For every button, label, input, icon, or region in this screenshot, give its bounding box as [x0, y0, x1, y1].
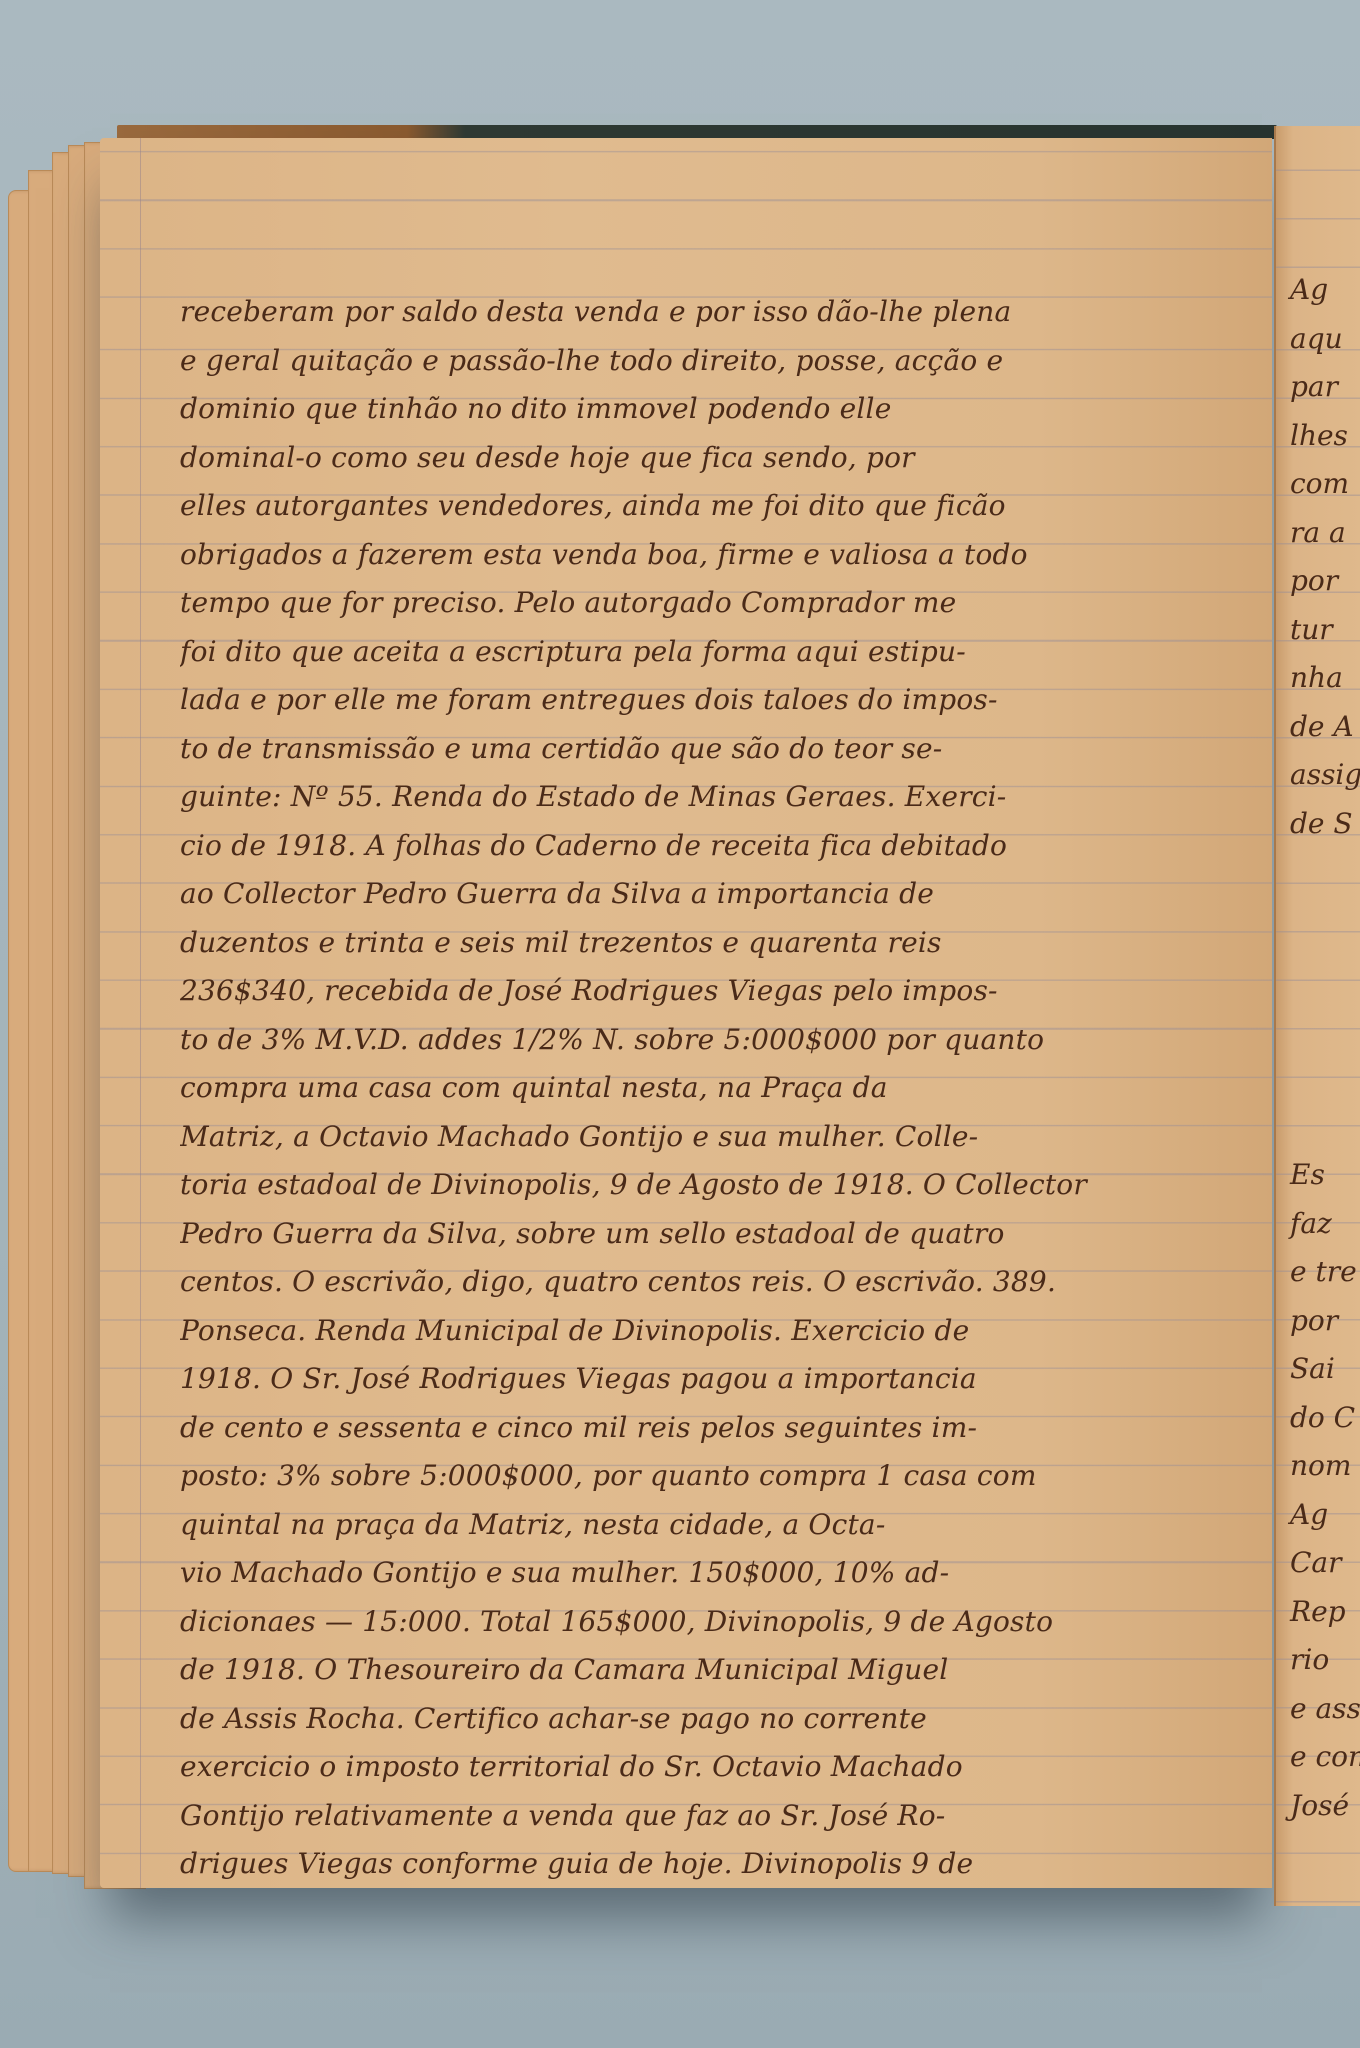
text-line: Pedro Guerra da Silva, sobre um sello es… — [180, 1210, 1240, 1259]
right-page-text-bottom: Es faz e tre por Sai do C nom Ag Car Rep… — [1276, 1151, 1360, 1830]
right-page-text-top: Ag aqu par lhes com ra a por tur nha de … — [1276, 266, 1360, 848]
text-line: posto: 3% sobre 5:000$000, por quanto co… — [180, 1452, 1240, 1501]
text-line: foi dito que aceita a escriptura pela fo… — [180, 628, 1240, 677]
text-line: com — [1276, 460, 1360, 509]
text-line: faz — [1276, 1200, 1360, 1249]
text-line: Es — [1276, 1151, 1360, 1200]
text-line: 1918. O Sr. José Rodrigues Viegas pagou … — [180, 1355, 1240, 1404]
text-line: de A — [1276, 703, 1360, 752]
text-line: do C — [1276, 1394, 1360, 1443]
text-line: par — [1276, 363, 1360, 412]
text-line: lada e por elle me foram entregues dois … — [180, 676, 1240, 725]
text-line: por — [1276, 1297, 1360, 1346]
text-line: duzentos e trinta e seis mil trezentos e… — [180, 919, 1240, 968]
text-line: Sai — [1276, 1345, 1360, 1394]
text-line: nha — [1276, 654, 1360, 703]
text-line: por — [1276, 557, 1360, 606]
text-line: to de transmissão e uma certidão que são… — [180, 725, 1240, 774]
book-cover-edge — [117, 125, 1277, 139]
ledger-book: receberam por saldo desta venda e por is… — [0, 0, 1360, 2048]
text-line: compra uma casa com quintal nesta, na Pr… — [180, 1064, 1240, 1113]
text-line: e ass — [1276, 1685, 1360, 1734]
text-line: Ag — [1276, 1491, 1360, 1540]
text-line: tempo que for preciso. Pelo autorgado Co… — [180, 579, 1240, 628]
text-line: de Assis Rocha. Certifico achar-se pago … — [180, 1695, 1240, 1744]
text-line: e geral quitação e passão-lhe todo direi… — [180, 337, 1240, 386]
text-line: assig — [1276, 751, 1360, 800]
text-line: dominio que tinhão no dito immovel poden… — [180, 385, 1240, 434]
text-line: Ponseca. Renda Municipal de Divinopolis.… — [180, 1307, 1240, 1356]
text-line: elles autorgantes vendedores, ainda me f… — [180, 482, 1240, 531]
text-line: dominal-o como seu desde hoje que fica s… — [180, 434, 1240, 483]
text-line: 236$340, recebida de José Rodrigues Vieg… — [180, 967, 1240, 1016]
text-line: ra a — [1276, 509, 1360, 558]
text-line: centos. O escrivão, digo, quatro centos … — [180, 1258, 1240, 1307]
text-line: tur — [1276, 606, 1360, 655]
text-line: rio — [1276, 1636, 1360, 1685]
text-line: José — [1276, 1782, 1360, 1831]
text-line: de S — [1276, 800, 1360, 849]
text-line: Gontijo relativamente a venda que faz ao… — [180, 1792, 1240, 1841]
text-line: Matriz, a Octavio Machado Gontijo e sua … — [180, 1113, 1240, 1162]
text-line: vio Machado Gontijo e sua mulher. 150$00… — [180, 1549, 1240, 1598]
text-line: lhes — [1276, 412, 1360, 461]
text-line: aqu — [1276, 315, 1360, 364]
text-line: Car — [1276, 1539, 1360, 1588]
text-line: obrigados a fazerem esta venda boa, firm… — [180, 531, 1240, 580]
handwritten-text: receberam por saldo desta venda e por is… — [180, 288, 1240, 1889]
right-page-fragment: Ag aqu par lhes com ra a por tur nha de … — [1274, 126, 1360, 1906]
text-line: drigues Viegas conforme guia de hoje. Di… — [180, 1840, 1240, 1889]
text-line: Ag — [1276, 266, 1360, 315]
text-line: receberam por saldo desta venda e por is… — [180, 288, 1240, 337]
text-line: cio de 1918. A folhas do Caderno de rece… — [180, 822, 1240, 871]
text-line: dicionaes — 15:000. Total 165$000, Divin… — [180, 1598, 1240, 1647]
text-line: e con — [1276, 1733, 1360, 1782]
left-page: receberam por saldo desta venda e por is… — [100, 138, 1272, 1888]
text-line: ao Collector Pedro Guerra da Silva a imp… — [180, 870, 1240, 919]
text-line: exercicio o imposto territorial do Sr. O… — [180, 1743, 1240, 1792]
text-line: quintal na praça da Matriz, nesta cidade… — [180, 1501, 1240, 1550]
text-line: nom — [1276, 1442, 1360, 1491]
margin-line — [140, 138, 141, 1888]
text-line: to de 3% M.V.D. addes 1/2% N. sobre 5:00… — [180, 1016, 1240, 1065]
text-line: de cento e sessenta e cinco mil reis pel… — [180, 1404, 1240, 1453]
text-line: guinte: Nº 55. Renda do Estado de Minas … — [180, 773, 1240, 822]
text-line: toria estadoal de Divinopolis, 9 de Agos… — [180, 1161, 1240, 1210]
text-line: Rep — [1276, 1588, 1360, 1637]
text-line: e tre — [1276, 1248, 1360, 1297]
text-line: de 1918. O Thesoureiro da Camara Municip… — [180, 1646, 1240, 1695]
